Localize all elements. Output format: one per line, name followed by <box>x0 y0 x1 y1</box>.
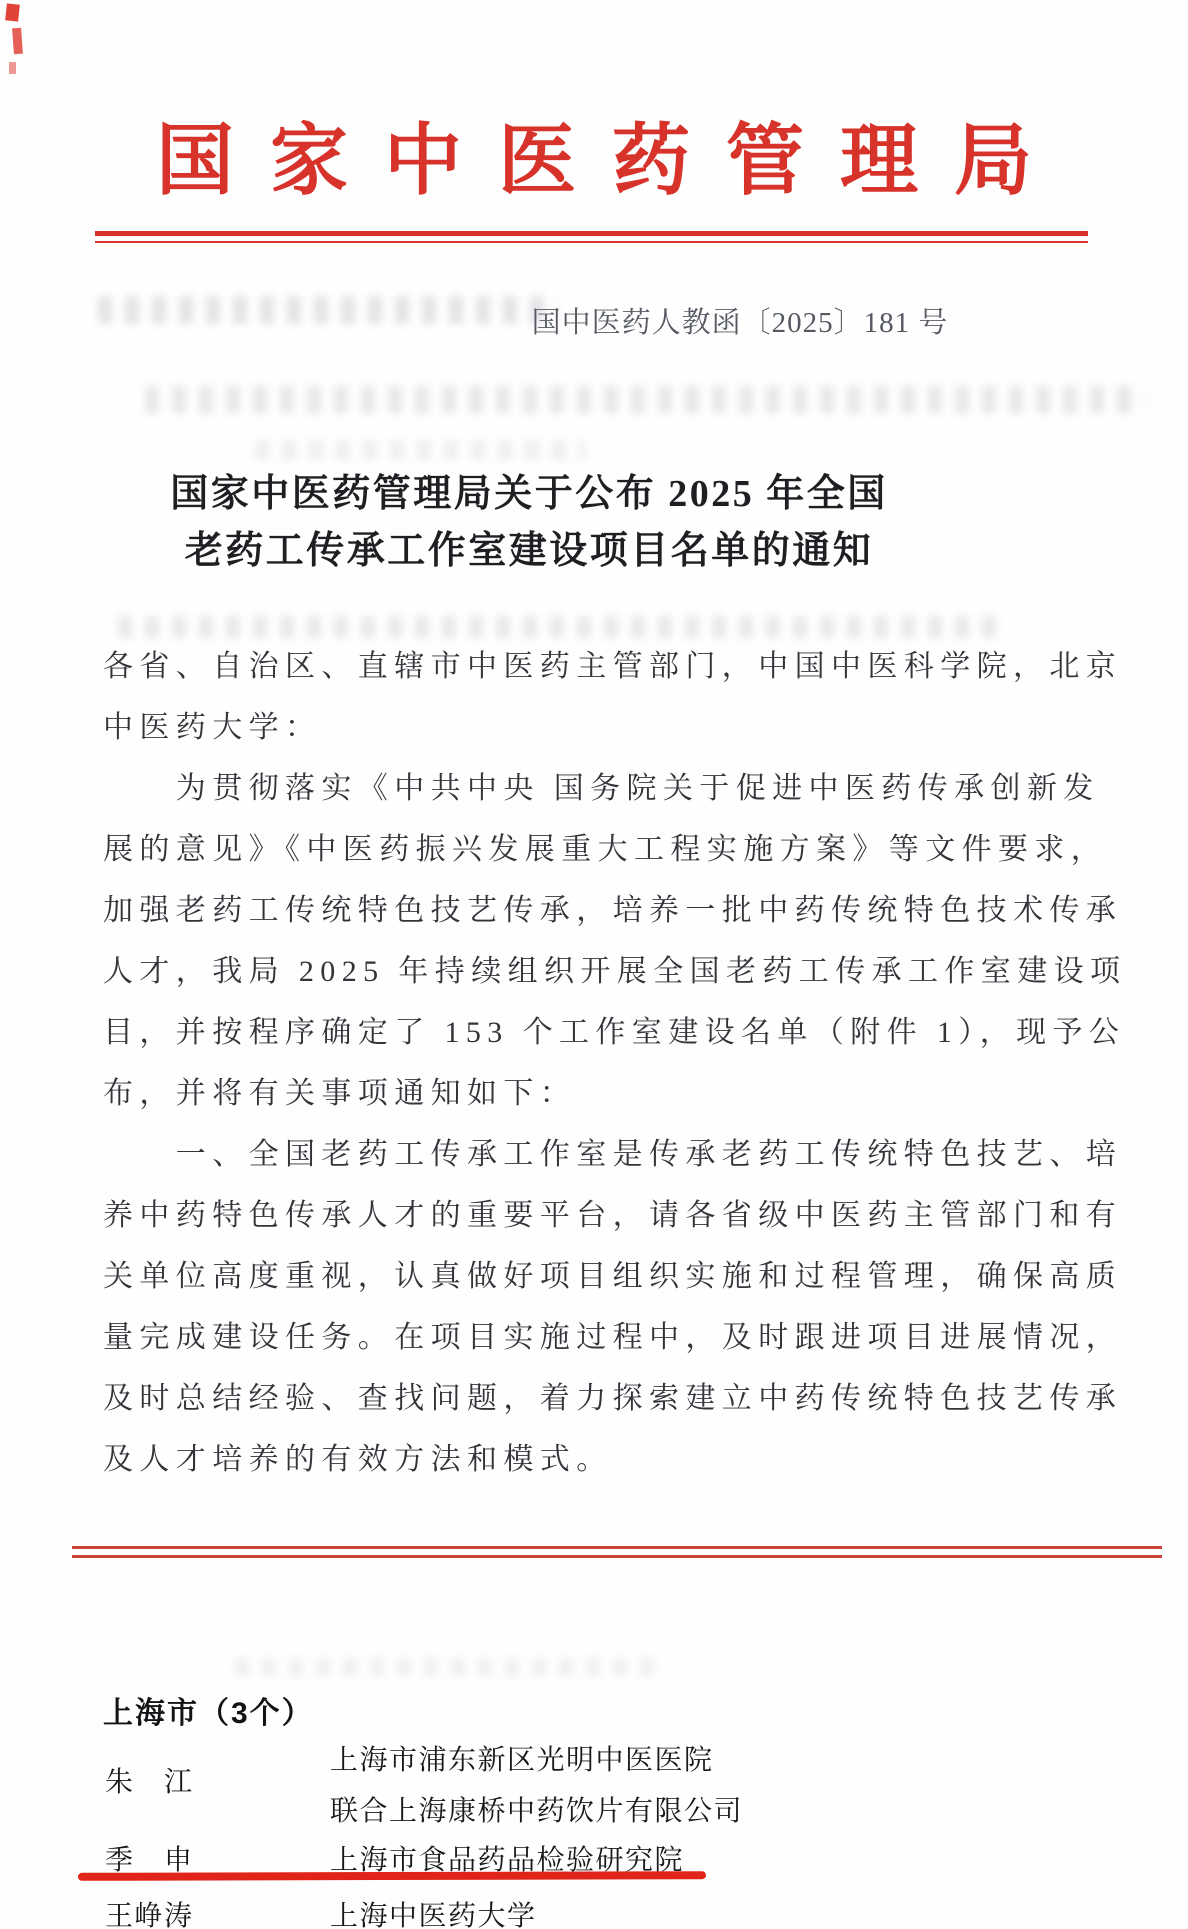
region-header-shanghai: 上海市（3个） <box>103 1688 314 1732</box>
body-line: 目，并按程序确定了 153 个工作室建设名单（附件 1），现予公 <box>103 1002 1103 1063</box>
body-line: 加强老药工传统特色技艺传承，培养一批中药传统特色技术传承 <box>103 880 1103 941</box>
scan-artifact-mark <box>12 28 23 55</box>
scan-artifact-mark <box>5 3 20 21</box>
scanned-document-page: 国家中医药管理局 国中医药人教函〔2025〕181 号 国家中医药管理局关于公布… <box>0 0 1188 1929</box>
body-line: 各省、自治区、直辖市中医药主管部门，中国中医科学院，北京 <box>103 636 1103 697</box>
body-line: 及时总结经验、查找问题，着力探索建立中药传统特色技艺传承 <box>103 1368 1103 1429</box>
body-line: 及人才培养的有效方法和模式。 <box>103 1429 1103 1490</box>
body-line: 布，并将有关事项通知如下： <box>103 1063 1103 1124</box>
body-line: 养中药特色传承人才的重要平台，请各省级中医药主管部门和有 <box>103 1185 1103 1246</box>
awardee-name: 王峥涛 <box>105 1894 194 1929</box>
awardee-organization: 上海市浦东新区光明中医医院 <box>330 1738 714 1778</box>
title-line-1: 国家中医药管理局关于公布 2025 年全国 <box>0 466 1058 523</box>
awardee-name: 朱 江 <box>105 1760 194 1800</box>
body-line: 为贯彻落实《中共中央 国务院关于促进中医药传承创新发 <box>103 758 1103 819</box>
body-line: 量完成建设任务。在项目实施过程中，及时跟进项目进展情况， <box>103 1307 1103 1368</box>
body-line: 展的意见》《中医药振兴发展重大工程实施方案》等文件要求， <box>103 819 1103 880</box>
scan-artifact-mark <box>9 62 16 74</box>
awardee-organization: 联合上海康桥中药饮片有限公司 <box>330 1789 743 1829</box>
section-divider-rule <box>72 1546 1162 1549</box>
bleedthrough-smudge <box>235 1658 655 1676</box>
document-body: 各省、自治区、直辖市中医药主管部门，中国中医科学院，北京 中医药大学： 为贯彻落… <box>103 636 1103 1490</box>
bleedthrough-smudge <box>145 386 1145 413</box>
body-line: 中医药大学： <box>103 697 1103 758</box>
red-underline-annotation <box>78 1871 706 1881</box>
title-line-2: 老药工传承工作室建设项目名单的通知 <box>0 523 1058 580</box>
document-title: 国家中医药管理局关于公布 2025 年全国 老药工传承工作室建设项目名单的通知 <box>0 466 1188 580</box>
bleedthrough-smudge <box>255 440 585 460</box>
header-red-rule <box>95 231 1088 236</box>
awardee-organization: 上海中医药大学 <box>330 1894 537 1929</box>
body-line: 关单位高度重视，认真做好项目组织实施和过程管理，确保高质 <box>103 1246 1103 1307</box>
bleedthrough-smudge <box>118 616 1008 638</box>
body-line: 人才，我局 2025 年持续组织开展全国老药工传承工作室建设项 <box>103 941 1103 1002</box>
document-number: 国中医药人教函〔2025〕181 号 <box>0 300 1188 341</box>
agency-header-title: 国家中医药管理局 <box>0 98 1188 210</box>
body-line: 一、全国老药工传承工作室是传承老药工传统特色技艺、培 <box>103 1124 1103 1185</box>
